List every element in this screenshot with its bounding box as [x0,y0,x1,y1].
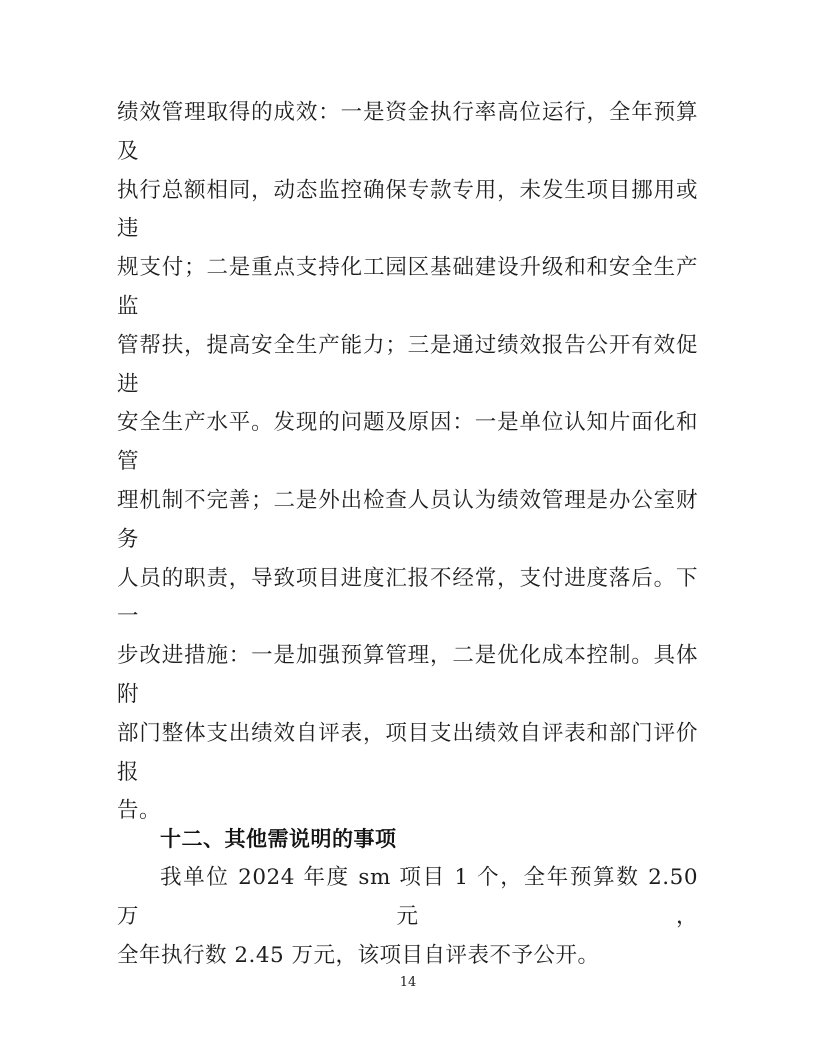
body-line: 管帮扶，提高安全生产能力；三是通过绩效报告公开有效促进 [117,327,698,405]
body-line: 部门整体支出绩效自评表，项目支出绩效自评表和部门评价报 [117,715,698,793]
body-line: 绩效管理取得的成效：一是资金执行率高位运行，全年预算及 [117,94,698,172]
body-line: 全年执行数 2.45 万元，该项目自评表不予公开。 [117,937,698,976]
body-line: 我单位 2024 年度 sm 项目 1 个，全年预算数 2.50 万元， [117,859,698,937]
body-line: 理机制不完善；二是外出检查人员认为绩效管理是办公室财务 [117,482,698,560]
paragraph-other-matters: 我单位 2024 年度 sm 项目 1 个，全年预算数 2.50 万元， 全年执… [117,859,698,975]
page-number: 14 [400,975,417,990]
document-page: 绩效管理取得的成效：一是资金执行率高位运行，全年预算及 执行总额相同，动态监控确… [0,0,816,1056]
body-line: 安全生产水平。发现的问题及原因：一是单位认知片面化和管 [117,404,698,482]
body-line: 人员的职责，导致项目进度汇报不经常，支付进度落后。下一 [117,560,698,638]
page-footer: 14 [0,971,816,990]
section-heading-other-matters: 十二、其他需说明的事项 [117,820,698,859]
body-line: 步改进措施：一是加强预算管理，二是优化成本控制。具体附 [117,637,698,715]
body-line: 规支付；二是重点支持化工园区基础建设升级和和安全生产监 [117,249,698,327]
paragraph-performance-summary: 绩效管理取得的成效：一是资金执行率高位运行，全年预算及 执行总额相同，动态监控确… [117,94,698,831]
page-content: 绩效管理取得的成效：一是资金执行率高位运行，全年预算及 执行总额相同，动态监控确… [117,94,698,975]
body-line: 执行总额相同，动态监控确保专款专用，未发生项目挪用或违 [117,172,698,250]
